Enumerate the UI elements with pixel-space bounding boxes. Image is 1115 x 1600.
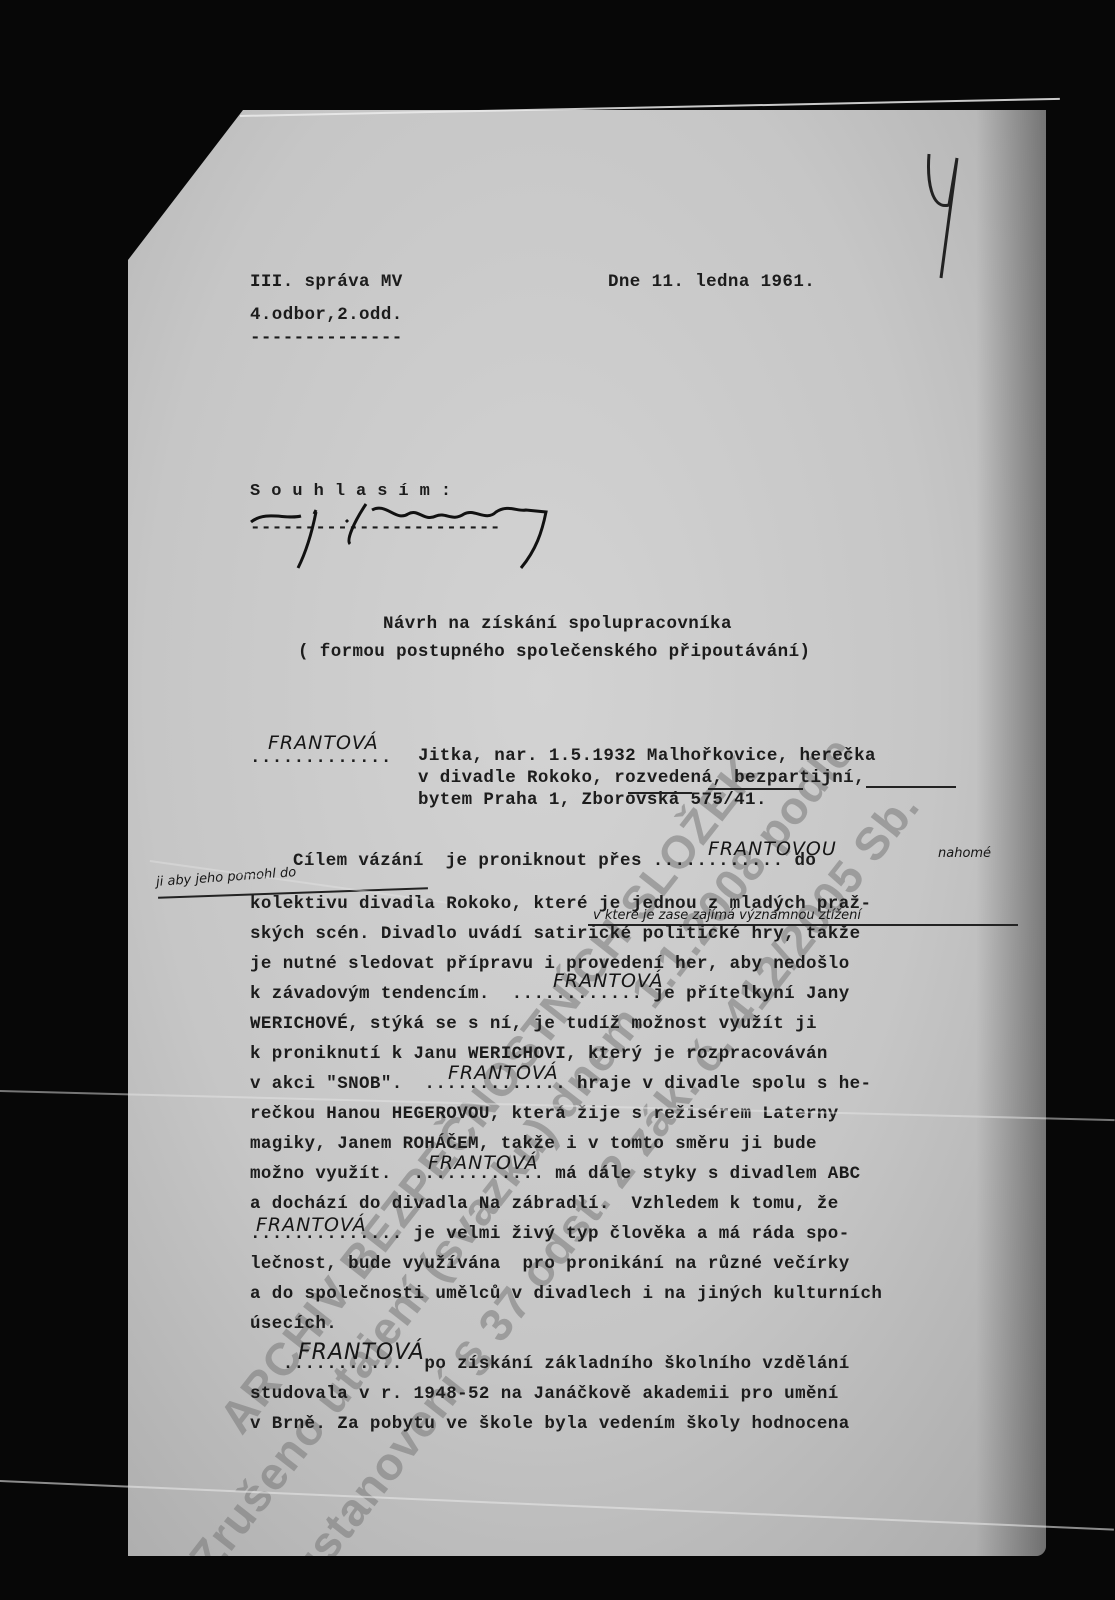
subject-line-3: bytem Praha 1, Zborovská 575/41. xyxy=(418,790,767,810)
body-line-6: WERICHOVÉ, stýká se s ní, je tudíž možno… xyxy=(250,1014,817,1034)
underline-marking xyxy=(708,788,803,790)
archive-watermark: ARCHIV BEZPEČNOSTNÍCH SLOŽEK Zrušeno uta… xyxy=(128,110,1046,1556)
body-line-15: a do společnosti umělců v divadlech i na… xyxy=(250,1284,882,1304)
document-page: ARCHIV BEZPEČNOSTNÍCH SLOŽEK Zrušeno uta… xyxy=(128,110,1046,1556)
subject-line-2: v divadle Rokoko, rozvedená, bezpartijní… xyxy=(418,768,865,788)
document-title: Návrh na získání spolupracovníka xyxy=(383,614,732,634)
signature xyxy=(246,492,576,577)
body-line-13: .............. je velmi živý typ člověka… xyxy=(250,1224,850,1244)
handwritten-page-number xyxy=(923,150,963,285)
subject-line-1: Jitka, nar. 1.5.1932 Malhořkovice, hereč… xyxy=(418,746,876,766)
body-line-1: Cílem vázání je proniknout přes ........… xyxy=(293,851,816,871)
body-line-10: magiky, Janem ROHÁČEM, takže i v tomto s… xyxy=(250,1134,817,1154)
document-subtitle: ( formou postupného společenského připou… xyxy=(298,642,810,662)
body-line-12: a dochází do divadla Na zábradlí. Vzhled… xyxy=(250,1194,839,1214)
handwritten-insert: nahomé xyxy=(938,846,991,861)
overline-marking xyxy=(628,792,692,794)
body-line-14: lečnost, bude využívána pro pronikání na… xyxy=(250,1254,850,1274)
body-line-17: ........... po získání základního školní… xyxy=(250,1354,850,1374)
body-line-11: možno využít. ............ má dále styky… xyxy=(250,1164,861,1184)
body-line-5: k závadovým tendencím. ............ je p… xyxy=(250,984,850,1004)
body-line-9: rečkou Hanou HEGEROVOU, která žije s rež… xyxy=(250,1104,839,1124)
body-line-8: v akci "SNOB". ............. hraje v div… xyxy=(250,1074,871,1094)
document-date: Dne 11. ledna 1961. xyxy=(608,272,815,292)
name-placeholder: ............. xyxy=(250,748,392,768)
body-line-3: ských scén. Divadlo uvádí satirické poli… xyxy=(250,924,861,944)
body-line-4: je nutné sledovat přípravu i provedení h… xyxy=(250,954,850,974)
department-rule: -------------- xyxy=(250,328,403,348)
department-line-2: 4.odbor,2.odd. xyxy=(250,305,403,325)
handwritten-insert: v které je zase zajímá významnou ztížení xyxy=(593,908,861,923)
underline-marking xyxy=(866,786,956,788)
body-line-7: k proniknutí k Janu WERICHOVI, který je … xyxy=(250,1044,828,1064)
body-line-18: studovala v r. 1948-52 na Janáčkově akad… xyxy=(250,1384,839,1404)
body-line-16: úsecích. xyxy=(250,1314,337,1334)
body-line-19: v Brně. Za pobytu ve škole byla vedením … xyxy=(250,1414,850,1434)
department-line-1: III. správa MV xyxy=(250,272,403,292)
